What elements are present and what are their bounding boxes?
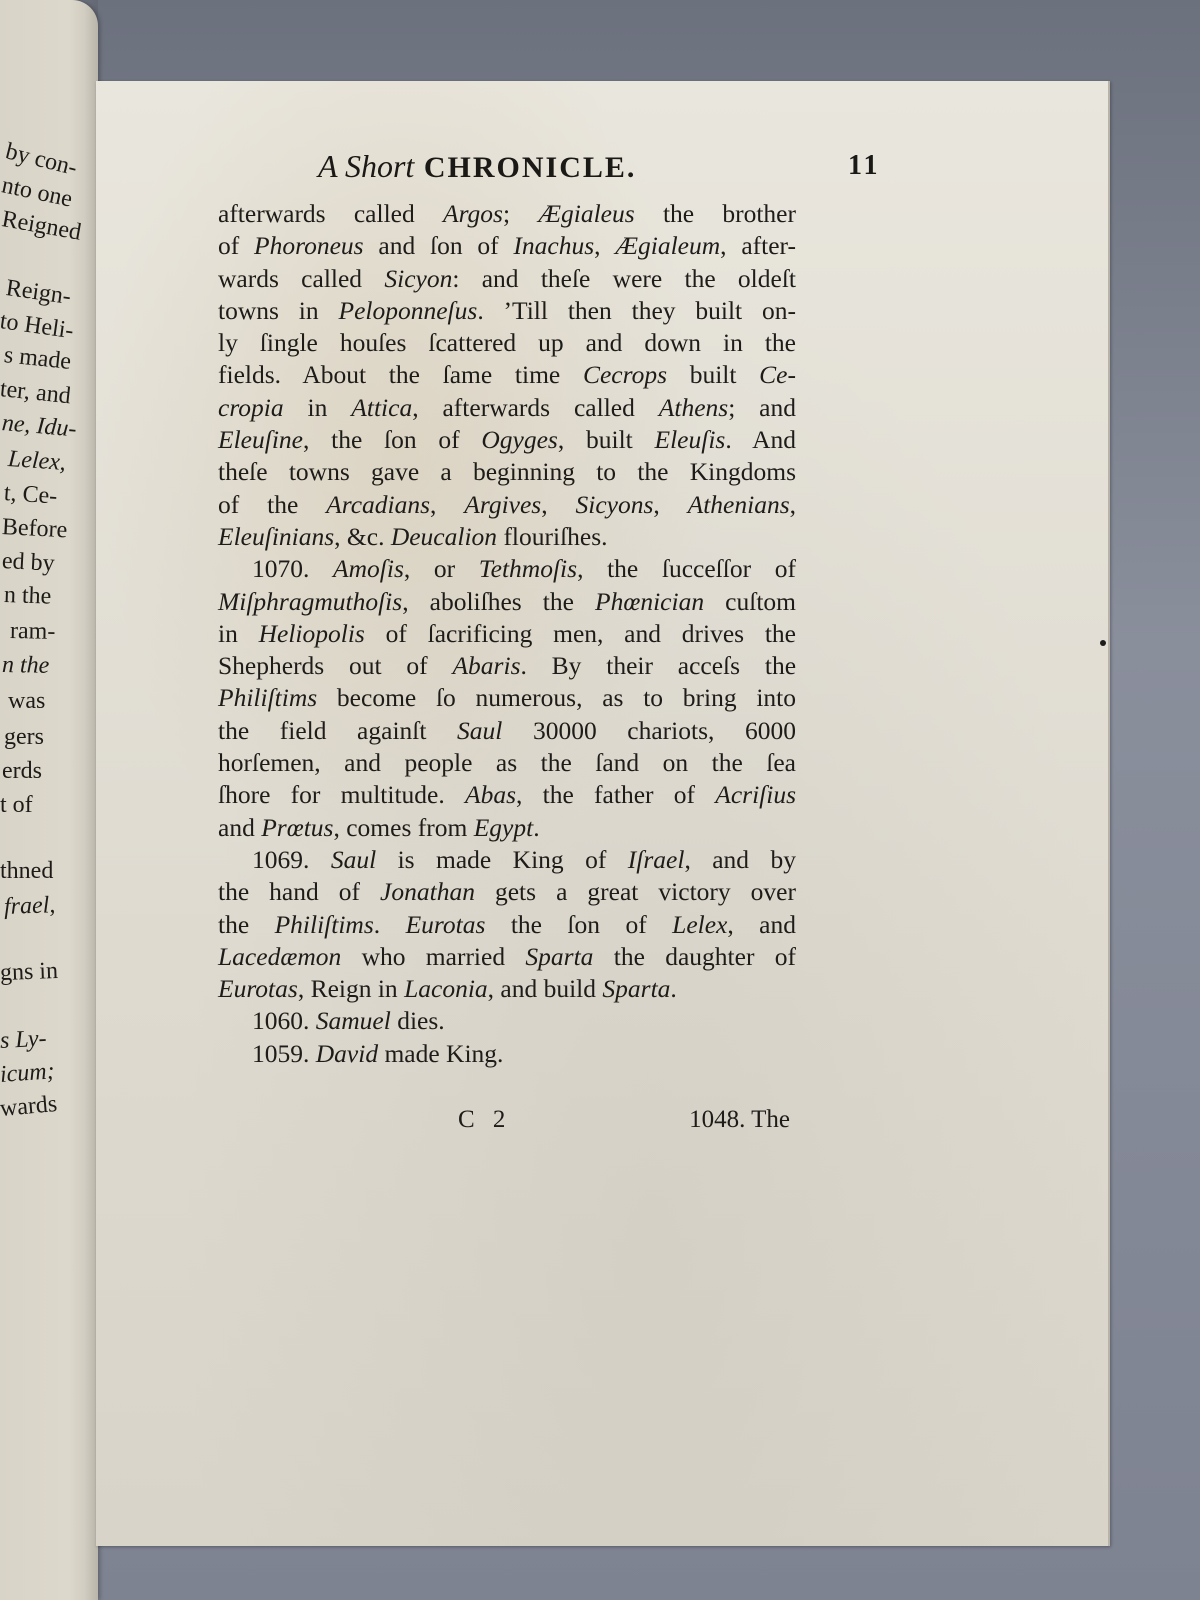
text-line: of Phoroneus and ſon of Inachus, Ægialeu…	[218, 230, 796, 262]
left-page-fragment: Lelex,	[7, 446, 67, 477]
text-line: fields. About the ſame time Cecrops buil…	[218, 359, 796, 391]
text-line: afterwards called Argos; Ægialeus the br…	[218, 198, 796, 230]
left-page-fragment: n the	[2, 652, 50, 680]
left-page-fragment: n the	[4, 582, 52, 611]
text-line: Lacedæmon who married Sparta the daughte…	[218, 941, 796, 973]
text-line: the hand of Jonathan gets a great victor…	[218, 876, 796, 908]
left-page-fragment: ne, Idu-	[1, 410, 78, 443]
signature-mark: C 2	[458, 1106, 511, 1134]
catchword: 1048. The	[689, 1106, 790, 1134]
page-header: A Short CHRONICLE. 11	[318, 148, 898, 194]
text-line: ſhore for multitude. Abas, the father of…	[218, 779, 796, 811]
left-page: by con-nto oneReignedReign-to Heli-s mad…	[0, 0, 98, 1600]
text-line: 1070. Amoſis, or Tethmoſis, the ſucceſſo…	[218, 553, 796, 585]
left-page-fragment: ram-	[10, 618, 56, 646]
left-page-fragment: was	[8, 688, 45, 715]
text-line: in Heliopolis of ſacrificing men, and dr…	[218, 618, 796, 650]
page-footer: C 2 1048. The	[218, 1106, 796, 1142]
left-page-fragment: thned	[0, 858, 53, 885]
text-line: Shepherds out of Abaris. By their acceſs…	[218, 650, 796, 682]
running-head: A Short CHRONICLE.	[318, 148, 636, 185]
left-page-fragment: t, Ce-	[3, 480, 58, 511]
text-line: the field againſt Saul 30000 chariots, 6…	[218, 715, 796, 747]
left-page-fragment: frael,	[4, 892, 56, 921]
left-page-fragment: t of	[0, 792, 33, 819]
text-line: 1069. Saul is made King of Iſrael, and b…	[218, 844, 796, 876]
left-page-fragment: erds	[2, 758, 42, 785]
left-page-fragment: Before	[1, 514, 68, 544]
left-page-fragment: s Ly-	[0, 1026, 47, 1055]
left-page-fragment: gers	[4, 724, 44, 751]
text-line: cropia in Attica, afterwards called Athe…	[218, 392, 796, 424]
left-page-fragment: to Heli-	[0, 308, 75, 345]
text-line: towns in Peloponneſus. ’Till then they b…	[218, 295, 796, 327]
body-text: afterwards called Argos; Ægialeus the br…	[218, 198, 796, 1070]
text-line: horſemen, and people as the ſand on the …	[218, 747, 796, 779]
text-line: ly ſingle houſes ſcattered up and down i…	[218, 327, 796, 359]
text-line: Eleuſine, the ſon of Ogyges, built Eleuſ…	[218, 424, 796, 456]
text-line: Eurotas, Reign in Laconia, and build Spa…	[218, 973, 796, 1005]
left-page-fragment: wards	[0, 1091, 58, 1123]
text-line: of the Arcadians, Argives, Sicyons, Athe…	[218, 489, 796, 521]
left-page-fragment: icum;	[0, 1058, 55, 1089]
text-line: Philiſtims become ſo numerous, as to bri…	[218, 682, 796, 714]
ink-spot	[1100, 640, 1106, 646]
text-line: 1060. Samuel dies.	[218, 1005, 796, 1037]
text-line: 1059. David made King.	[218, 1038, 796, 1070]
left-page-fragment: s made	[3, 342, 73, 376]
left-page-fragment: ed by	[1, 548, 55, 578]
running-head-italic: A Short	[318, 148, 414, 184]
page-number: 11	[848, 150, 880, 182]
text-line: theſe towns gave a beginning to the King…	[218, 456, 796, 488]
left-page-fragment: Reigned	[0, 206, 83, 246]
text-line: Miſphragmuthoſis, aboliſhes the Phœnicia…	[218, 586, 796, 618]
left-page-fragment: ter, and	[0, 376, 72, 410]
text-line: the Philiſtims. Eurotas the ſon of Lelex…	[218, 909, 796, 941]
text-line: Eleuſinians, &c. Deucalion flouriſhes.	[218, 521, 796, 553]
text-line: wards called Sicyon: and theſe were the …	[218, 263, 796, 295]
running-head-caps: CHRONICLE.	[424, 151, 637, 184]
text-line: and Prœtus, comes from Egypt.	[218, 812, 796, 844]
left-page-fragment: Reign-	[4, 275, 72, 311]
left-page-fragment: gns in	[0, 958, 58, 987]
